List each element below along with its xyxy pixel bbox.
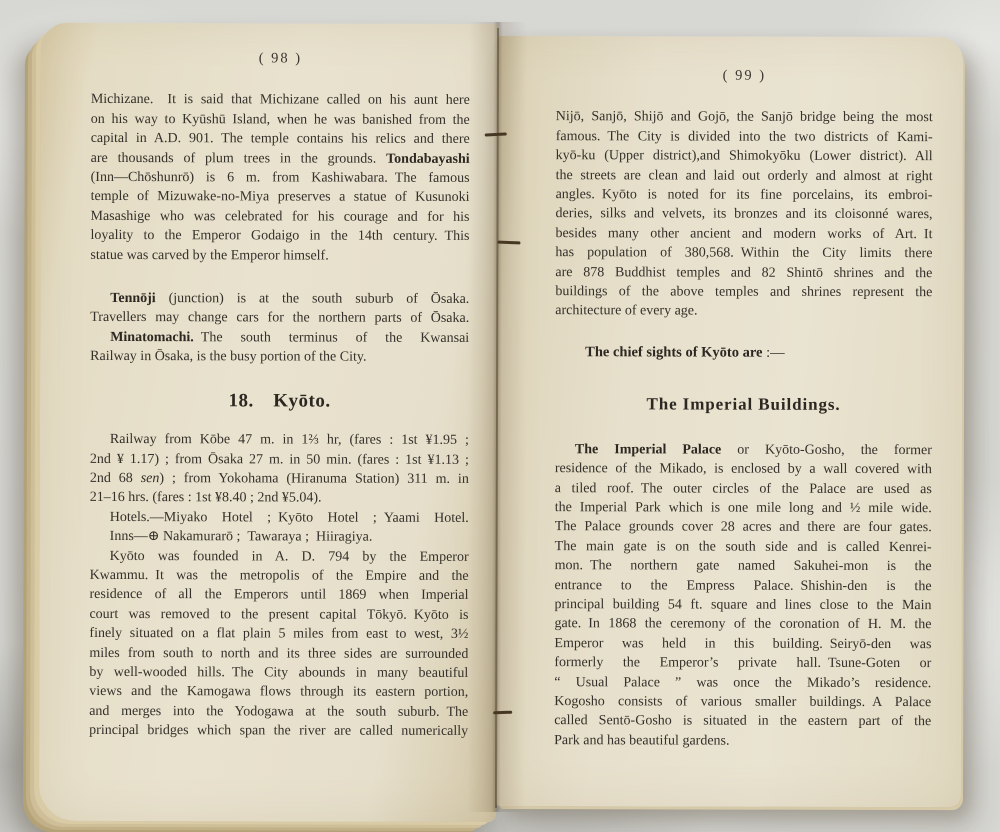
text-line: 2nd 68 sen) ; from Yokohama (Hiranuma St…	[90, 469, 469, 489]
text-run: Railway in Ōsaka, is the busy portion of…	[90, 349, 366, 365]
text-run: Railway from Kōbe 47 m. in 1⅔ hr, (fares…	[110, 432, 469, 448]
paragraph: Inns—⊕ Nakamurarō ; Tawaraya ; Hiiragiya…	[90, 527, 469, 547]
text-run: a tiled roof. The outer circles of the P…	[555, 481, 932, 497]
page-number: ( 99 )	[556, 66, 933, 86]
section-heading: 18. Kyōto.	[90, 391, 469, 411]
text-run: gate. In 1868 the ceremony of the corona…	[554, 616, 931, 632]
text-run: “ Usual Palace ” was once the Mikado’s r…	[554, 675, 931, 691]
text-line: Park and has beautiful gardens.	[554, 731, 931, 751]
text-line: Railway from Kōbe 47 m. in 1⅔ hr, (fares…	[90, 430, 469, 450]
text-line: Travellers may change cars for the north…	[90, 308, 469, 328]
text-run: or Kyōto-Gosho, the former	[721, 442, 932, 458]
paragraph: Tennōji (junction) is at the south subur…	[90, 289, 469, 329]
text-run: mon. The northern gate named Sakuhei-mon…	[555, 558, 932, 574]
text-line: Masashige who was celebrated for his cou…	[90, 207, 469, 227]
bold-text: Tennōji	[110, 291, 155, 306]
text-line: mon. The northern gate named Sakuhei-mon…	[555, 556, 932, 576]
text-run: :—	[762, 345, 784, 361]
text-line: Railway in Ōsaka, is the busy portion of…	[90, 347, 469, 367]
text-run: (Inn—Chōshunrō) is 6 m. from Kashiwabara…	[91, 170, 470, 186]
text-run: angles. Kyōto is noted for its fine porc…	[556, 187, 933, 203]
text-line: has population of 380,568. Within the Ci…	[555, 243, 932, 263]
text-line: Kwammu. It was the metropolis of the Emp…	[90, 566, 469, 586]
text-run: and merges into the Yodogawa at the sout…	[89, 704, 468, 720]
text-line: Kogosho consists of various smaller buil…	[554, 692, 931, 712]
text-line: kyō-ku (Upper district),and Shimokyōku (…	[556, 146, 933, 166]
text-run: by well-wooded hills. The City abounds i…	[89, 665, 468, 681]
paragraph: The Imperial Palace or Kyōto-Gosho, the …	[554, 440, 932, 751]
bold-text: Tondabayashi	[386, 151, 470, 166]
page-number: ( 98 )	[91, 49, 470, 69]
text-line: “ Usual Palace ” was once the Mikado’s r…	[554, 673, 931, 693]
text-run: court was removed to the present capital…	[89, 607, 468, 623]
paragraph: Kyōto was founded in A. D. 794 by the Em…	[89, 546, 469, 741]
text-run: Michizane. It is said that Michizane cal…	[91, 92, 470, 108]
text-run: Kwammu. It was the metropolis of the Emp…	[90, 568, 469, 584]
book-page-left: ( 98 )Michizane. It is said that Michiza…	[39, 23, 498, 822]
page-98-content: ( 98 )Michizane. It is said that Michiza…	[39, 23, 498, 822]
text-run: 2nd 68	[90, 471, 141, 486]
text-line: Emperor was held in this building. Seiry…	[554, 634, 931, 654]
text-run: Kogosho consists of various smaller buil…	[554, 694, 931, 710]
text-run: 21–16 hrs. (fares : 1st ¥8.40 ; 2nd ¥5.0…	[90, 490, 322, 506]
text-line: by well-wooded hills. The City abounds i…	[89, 663, 468, 683]
text-line: are 878 Buddhist temples and 82 Shintō s…	[555, 263, 932, 283]
text-run: temple of Mizuwake-no-Miya preserves a s…	[91, 189, 470, 205]
text-run: formerly the Emperor’s private hall. Tsu…	[554, 655, 931, 671]
text-run: Masashige who was celebrated for his cou…	[91, 209, 470, 225]
bold-text: Minatomachi.	[110, 330, 194, 345]
text-line: Minatomachi. The south terminus of the K…	[90, 328, 469, 348]
text-line: residence of all the Emperors until 1869…	[90, 585, 469, 605]
text-line: formerly the Emperor’s private hall. Tsu…	[554, 653, 931, 673]
open-book: ( 98 )Michizane. It is said that Michiza…	[0, 0, 1000, 832]
text-run: are 878 Buddhist temples and 82 Shintō s…	[555, 265, 932, 281]
text-line: court was removed to the present capital…	[89, 605, 468, 625]
text-line: views and the Kamogawa flows through its…	[89, 682, 468, 702]
text-line: called Sentō-Gosho is situated in the ea…	[554, 712, 931, 732]
paragraph: Hotels.—Miyako Hotel ; Kyōto Hotel ; Yaa…	[90, 508, 469, 528]
text-line: Michizane. It is said that Michizane cal…	[91, 90, 470, 110]
text-line: buildings of the above temples and shrin…	[555, 282, 932, 302]
text-line: 21–16 hrs. (fares : 1st ¥8.40 ; 2nd ¥5.0…	[90, 488, 469, 508]
italic-text: sen	[141, 471, 160, 486]
text-run: Hotels.—Miyako Hotel ; Kyōto Hotel ; Yaa…	[110, 510, 469, 526]
text-line: entrance to the Empress Palace. Shishin-…	[555, 576, 932, 596]
text-run: on his way to Kyūshū Island, when he was…	[91, 112, 470, 128]
text-line: principal building 54 ft. square and lin…	[554, 595, 931, 615]
text-run: principal bridges which span the river a…	[89, 723, 468, 739]
text-line: architecture of every age.	[555, 302, 932, 322]
text-run: loyality to the Emperor Godaigo in the 1…	[90, 228, 469, 244]
text-run: has population of 380,568. Within the Ci…	[555, 245, 932, 261]
text-run: Nijō, Sanjō, Shijō and Gojō, the Sanjō b…	[556, 110, 933, 126]
text-line: temple of Mizuwake-no-Miya preserves a s…	[91, 187, 470, 207]
paragraph: Railway from Kōbe 47 m. in 1⅔ hr, (fares…	[90, 430, 469, 509]
text-run: miles from south to north and its three …	[89, 645, 468, 661]
paragraph: Michizane. It is said that Michizane cal…	[90, 90, 469, 266]
text-line: miles from south to north and its three …	[89, 643, 468, 663]
text-line: The Palace grounds cover 28 acres and th…	[555, 517, 932, 537]
lead-line: The chief sights of Kyōto are :—	[555, 343, 932, 363]
text-run: capital in A.D. 901. The temple contains…	[91, 131, 470, 147]
text-line: Nijō, Sanjō, Shijō and Gojō, the Sanjō b…	[556, 108, 933, 128]
text-line: famous. The City is divided into the two…	[556, 127, 933, 147]
text-line: finely situated on a flat plain 5 miles …	[89, 624, 468, 644]
text-run: statue was carved by the Emperor himself…	[90, 248, 328, 264]
text-line: the Imperial Park which is one mile long…	[555, 498, 932, 518]
bold-text: The Imperial Palace	[575, 442, 721, 457]
text-run: famous. The City is divided into the two…	[556, 129, 933, 145]
text-run: The main gate is on the south side and i…	[555, 539, 932, 555]
text-run: The south terminus of the Kwansai	[194, 330, 469, 346]
text-run: are thousands of plum trees in the groun…	[91, 151, 386, 167]
text-run: deries, silks and velvets, its bronzes a…	[556, 207, 933, 223]
text-run: called Sentō-Gosho is situated in the ea…	[554, 714, 931, 730]
text-line: Hotels.—Miyako Hotel ; Kyōto Hotel ; Yaa…	[90, 508, 469, 528]
text-run: principal building 54 ft. square and lin…	[554, 597, 931, 613]
text-line: besides many other ancient and modern wo…	[555, 224, 932, 244]
text-run: entrance to the Empress Palace. Shishin-…	[555, 578, 932, 594]
book-page-right: ( 99 )Nijō, Sanjō, Shijō and Gojō, the S…	[496, 36, 963, 807]
text-run: the Imperial Park which is one mile long…	[555, 500, 932, 516]
text-run: residence of the Mikado, is enclosed by …	[555, 461, 932, 477]
text-run: Emperor was held in this building. Seiry…	[554, 636, 931, 652]
text-line: on his way to Kyūshū Island, when he was…	[91, 110, 470, 130]
text-line: gate. In 1868 the ceremony of the corona…	[554, 614, 931, 634]
text-line: and merges into the Yodogawa at the sout…	[89, 702, 468, 722]
text-line: angles. Kyōto is noted for its fine porc…	[556, 185, 933, 205]
text-run: Inns—⊕ Nakamurarō ; Tawaraya ; Hiiragiya…	[110, 529, 373, 545]
text-line: The main gate is on the south side and i…	[555, 537, 932, 557]
text-line: a tiled roof. The outer circles of the P…	[555, 479, 932, 499]
text-run: Travellers may change cars for the north…	[90, 310, 469, 326]
text-line: loyality to the Emperor Godaigo in the 1…	[90, 226, 469, 246]
paragraph: Minatomachi. The south terminus of the K…	[90, 328, 469, 368]
text-line: deries, silks and velvets, its bronzes a…	[556, 205, 933, 225]
paragraph: Nijō, Sanjō, Shijō and Gojō, the Sanjō b…	[555, 108, 933, 322]
text-line: Tennōji (junction) is at the south subur…	[90, 289, 469, 309]
text-run: 2nd ¥ 1.17) ; from Ōsaka 27 m. in 50 min…	[90, 451, 469, 467]
text-line: residence of the Mikado, is enclosed by …	[555, 459, 932, 479]
text-line: The Imperial Palace or Kyōto-Gosho, the …	[555, 440, 932, 460]
text-line: 2nd ¥ 1.17) ; from Ōsaka 27 m. in 50 min…	[90, 449, 469, 469]
text-run: Park and has beautiful gardens.	[554, 733, 729, 748]
text-run: Kyōto was founded in A. D. 794 by the Em…	[110, 549, 469, 565]
text-run: architecture of every age.	[555, 304, 697, 319]
text-line: the streets are clean and laid out order…	[556, 166, 933, 186]
page-99-content: ( 99 )Nijō, Sanjō, Shijō and Gojō, the S…	[496, 36, 963, 807]
text-run: finely situated on a flat plain 5 miles …	[89, 626, 468, 642]
subsection-heading: The Imperial Buildings.	[555, 394, 932, 414]
text-run: ) ; from Yokohama (Hiranuma Station) 311…	[159, 471, 469, 487]
text-run: (junction) is at the south suburb of Ōsa…	[156, 291, 470, 307]
text-run: the streets are clean and laid out order…	[556, 168, 933, 184]
text-run: kyō-ku (Upper district),and Shimokyōku (…	[556, 148, 933, 164]
text-run: residence of all the Emperors until 1869…	[90, 587, 469, 603]
text-line: statue was carved by the Emperor himself…	[90, 246, 469, 266]
text-line: Kyōto was founded in A. D. 794 by the Em…	[90, 546, 469, 566]
text-run: views and the Kamogawa flows through its…	[89, 684, 468, 700]
text-line: (Inn—Chōshunrō) is 6 m. from Kashiwabara…	[91, 168, 470, 188]
photo-background: ( 98 )Michizane. It is said that Michiza…	[0, 0, 1000, 832]
text-run: The Palace grounds cover 28 acres and th…	[555, 519, 932, 535]
text-run: buildings of the above temples and shrin…	[555, 284, 932, 300]
text-line: Inns—⊕ Nakamurarō ; Tawaraya ; Hiiragiya…	[90, 527, 469, 547]
bold-text: The chief sights of Kyōto are	[585, 344, 762, 360]
text-run: besides many other ancient and modern wo…	[555, 226, 932, 242]
text-line: capital in A.D. 901. The temple contains…	[91, 129, 470, 149]
text-line: are thousands of plum trees in the groun…	[91, 149, 470, 169]
text-line: principal bridges which span the river a…	[89, 721, 468, 741]
